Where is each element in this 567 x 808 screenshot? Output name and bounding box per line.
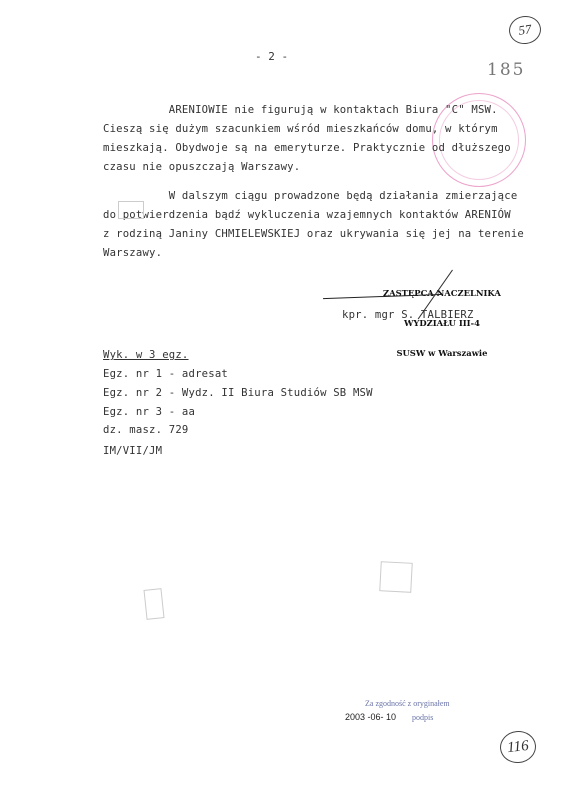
signer-name: kpr. mgr S. TALBIERZ <box>342 309 474 321</box>
distribution-line: Egz. nr 1 - adresat <box>103 368 228 380</box>
scan-artifact <box>118 201 144 219</box>
certification-text: Za zgodność z oryginałem <box>365 699 450 708</box>
distribution-line: Egz. nr 3 - aa <box>103 406 195 418</box>
text-line: Warszawy. <box>103 247 162 259</box>
folio-stamp: 185 <box>487 60 525 80</box>
certification-date: 2003 -06- 10 <box>345 712 396 722</box>
text-line: mieszkają. Obydwoje są na emeryturze. Pr… <box>103 142 511 154</box>
stamp-line: SUSW w Warszawie <box>383 348 501 358</box>
reference-code: IM/VII/JM <box>103 445 162 457</box>
folio-circle-top: 57 <box>507 14 543 46</box>
text-line: W dalszym ciągu prowadzone będą działani… <box>103 190 517 202</box>
folio-circle-bottom: 116 <box>498 729 537 765</box>
distribution-title: Wyk. w 3 egz. <box>103 349 189 361</box>
scan-artifact <box>143 588 164 620</box>
page-number: - 2 - <box>255 50 288 63</box>
folio-number: 57 <box>517 21 532 39</box>
text-line: do potwierdzenia bądź wykluczenia wzajem… <box>103 209 511 221</box>
folio-number: 116 <box>506 737 529 756</box>
distribution-line: Egz. nr 2 - Wydz. II Biura Studiów SB MS… <box>103 387 373 399</box>
text-line: ARENIOWIE nie figurują w kontaktach Biur… <box>103 104 498 116</box>
distribution-line: dz. masz. 729 <box>103 424 189 436</box>
scan-artifact <box>379 561 413 593</box>
certification-signature-label: podpis <box>412 713 433 722</box>
text-line: Cieszą się dużym szacunkiem wśród mieszk… <box>103 123 498 135</box>
text-line: z rodziną Janiny CHMIELEWSKIEJ oraz ukry… <box>103 228 524 240</box>
text-line: czasu nie opuszczają Warszawy. <box>103 161 300 173</box>
